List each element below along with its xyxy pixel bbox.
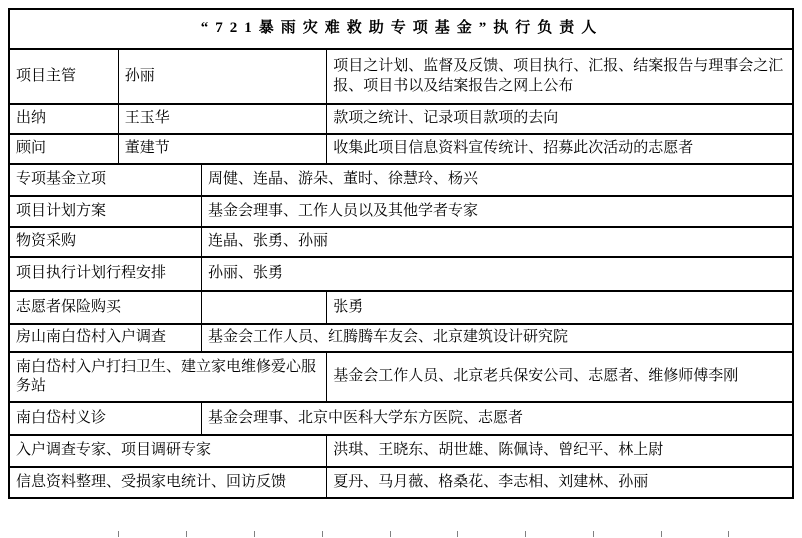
cell-person: 孙丽 <box>118 49 327 104</box>
gridline-tick <box>457 531 458 537</box>
cell-task: 信息资料整理、受损家电统计、回访反馈 <box>9 467 327 498</box>
fund-table-sheet: “721暴雨灾难救助专项基金”执行负责人 项目主管 孙丽 项目之计划、监督及反馈… <box>8 8 794 499</box>
cell-duty: 收集此项目信息资料宣传统计、招募此次活动的志愿者 <box>327 134 793 164</box>
cell-task: 项目计划方案 <box>9 196 201 227</box>
cell-task: 房山南白岱村入户调查 <box>9 324 201 352</box>
cell-task: 南白岱村义诊 <box>9 402 201 435</box>
cell-members: 洪琪、王晓东、胡世雄、陈佩诗、曾纪平、林上尉 <box>327 435 793 467</box>
cell-person: 董建节 <box>118 134 327 164</box>
cell-person: 王玉华 <box>118 104 327 134</box>
cell-task: 专项基金立项 <box>9 164 201 196</box>
cell-empty <box>201 291 326 324</box>
cell-role: 出纳 <box>9 104 118 134</box>
gridline-tick <box>728 531 729 537</box>
gridline-tick <box>322 531 323 537</box>
table-row: 顾问 董建节 收集此项目信息资料宣传统计、招募此次活动的志愿者 <box>9 134 793 164</box>
cell-duty: 款项之统计、记录项目款项的去向 <box>327 104 793 134</box>
gridline-tick <box>593 531 594 537</box>
gridline-tick <box>118 531 119 537</box>
cell-role: 项目主管 <box>9 49 118 104</box>
cell-members: 基金会理事、北京中医科大学东方医院、志愿者 <box>201 402 793 435</box>
table-row: 专项基金立项 周健、连晶、游朵、董时、徐慧玲、杨兴 <box>9 164 793 196</box>
cell-members: 基金会理事、工作人员以及其他学者专家 <box>201 196 793 227</box>
cell-task: 入户调查专家、项目调研专家 <box>9 435 327 467</box>
cell-task: 项目执行计划行程安排 <box>9 257 201 291</box>
table-row: 项目计划方案 基金会理事、工作人员以及其他学者专家 <box>9 196 793 227</box>
cell-members: 张勇 <box>327 291 793 324</box>
cell-duty: 项目之计划、监督及反馈、项目执行、汇报、结案报告与理事会之汇报、项目书以及结案报… <box>327 49 793 104</box>
cell-role: 顾问 <box>9 134 118 164</box>
gridline-tick <box>254 531 255 537</box>
table-row: 项目主管 孙丽 项目之计划、监督及反馈、项目执行、汇报、结案报告与理事会之汇报、… <box>9 49 793 104</box>
cell-members: 夏丹、马月薇、格桑花、李志相、刘建林、孙丽 <box>327 467 793 498</box>
table-row: 物资采购 连晶、张勇、孙丽 <box>9 227 793 257</box>
table-row: 项目执行计划行程安排 孙丽、张勇 <box>9 257 793 291</box>
table-row: 南白岱村入户打扫卫生、建立家电维修爱心服务站 基金会工作人员、北京老兵保安公司、… <box>9 352 793 402</box>
table-row: 信息资料整理、受损家电统计、回访反馈 夏丹、马月薇、格桑花、李志相、刘建林、孙丽 <box>9 467 793 498</box>
table-row: 志愿者保险购买 张勇 <box>9 291 793 324</box>
table-row-title: “721暴雨灾难救助专项基金”执行负责人 <box>9 9 793 49</box>
cell-members: 周健、连晶、游朵、董时、徐慧玲、杨兴 <box>201 164 793 196</box>
gridline-tick <box>390 531 391 537</box>
gridline-tick <box>661 531 662 537</box>
table-row: 出纳 王玉华 款项之统计、记录项目款项的去向 <box>9 104 793 134</box>
cell-task: 南白岱村入户打扫卫生、建立家电维修爱心服务站 <box>9 352 327 402</box>
table-row: 房山南白岱村入户调查 基金会工作人员、红腾腾车友会、北京建筑设计研究院 <box>9 324 793 352</box>
table-row: 入户调查专家、项目调研专家 洪琪、王晓东、胡世雄、陈佩诗、曾纪平、林上尉 <box>9 435 793 467</box>
cell-members: 孙丽、张勇 <box>201 257 793 291</box>
fund-table: “721暴雨灾难救助专项基金”执行负责人 项目主管 孙丽 项目之计划、监督及反馈… <box>8 8 794 499</box>
cell-task: 志愿者保险购买 <box>9 291 201 324</box>
table-row: 南白岱村义诊 基金会理事、北京中医科大学东方医院、志愿者 <box>9 402 793 435</box>
cell-members: 连晶、张勇、孙丽 <box>201 227 793 257</box>
gridline-tick <box>525 531 526 537</box>
gridline-tick <box>186 531 187 537</box>
cell-members: 基金会工作人员、北京老兵保安公司、志愿者、维修师傅李刚 <box>327 352 793 402</box>
cell-task: 物资采购 <box>9 227 201 257</box>
page-title: “721暴雨灾难救助专项基金”执行负责人 <box>9 9 793 49</box>
cell-members: 基金会工作人员、红腾腾车友会、北京建筑设计研究院 <box>201 324 793 352</box>
